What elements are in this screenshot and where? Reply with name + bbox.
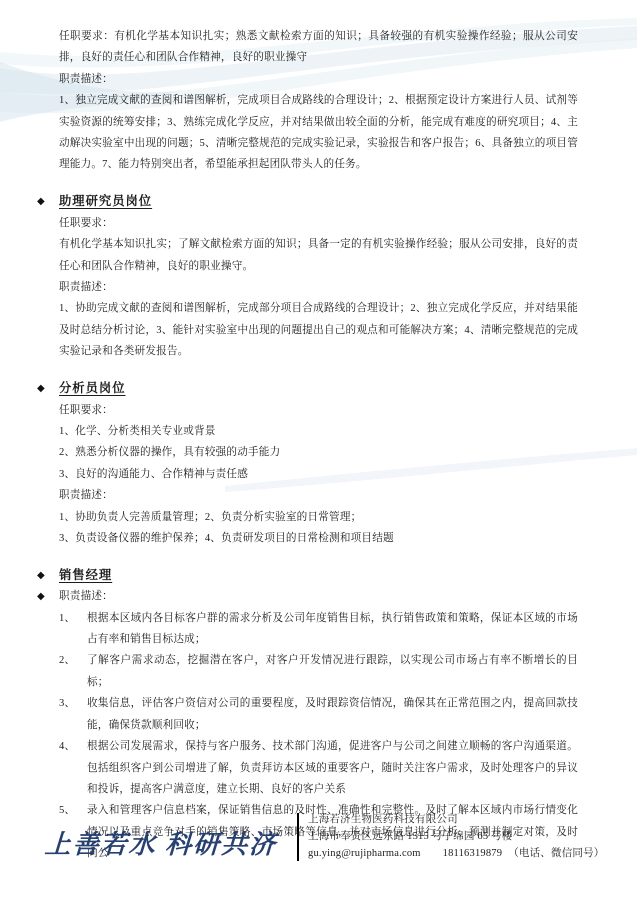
section-title: 销售经理 — [59, 565, 112, 586]
contact-line: gu.ying@rujipharma.com18116319879（电话、微信同… — [308, 846, 605, 863]
item-text: 收集信息，评估客户资信对公司的重要程度，及时跟踪资信情况，确保其在正常范围之内，… — [87, 693, 578, 736]
list-item: 1、 根据本区域内各目标客户群的需求分析及公司年度销售目标，执行销售政策和策略，… — [59, 608, 578, 651]
list-item: 1、协助负责人完善质量管理；2、负责分析实验室的日常管理； — [59, 507, 578, 528]
list-item: 2、熟悉分析仪器的操作，具有较强的动手能力 — [59, 442, 578, 463]
document-body: 任职要求：有机化学基本知识扎实；熟悉文献检索方面的知识；具备较强的有机实验操作经… — [0, 0, 637, 865]
section-assistant-researcher: ◆ 助理研究员岗位 任职要求： 有机化学基本知识扎实；了解文献检索方面的知识；具… — [59, 191, 578, 362]
intro-duties-label: 职责描述： — [59, 69, 578, 90]
duties-label: 职责描述： — [59, 586, 113, 607]
diamond-bullet-icon: ◆ — [37, 191, 59, 212]
item-number: 1、 — [59, 608, 87, 651]
list-item: 2、 了解客户需求动态，挖掘潜在客户，对客户开发情况进行跟踪，以实现公司市场占有… — [59, 650, 578, 693]
diamond-bullet-icon: ◆ — [37, 586, 59, 607]
company-slogan: 上善若水 科研共济 — [44, 814, 298, 861]
duties-text: 1、协助完成文献的查阅和谱图解析，完成部分项目合成路线的合理设计；2、独立完成化… — [59, 298, 578, 362]
company-email: gu.ying@rujipharma.com — [308, 848, 421, 859]
duties-label: 职责描述： — [59, 277, 578, 298]
intro-requirements: 任职要求：有机化学基本知识扎实；熟悉文献检索方面的知识；具备较强的有机实验操作经… — [59, 26, 578, 69]
diamond-bullet-icon: ◆ — [37, 565, 59, 586]
requirements-label: 任职要求： — [59, 400, 578, 421]
list-item: 1、化学、分析类相关专业或背景 — [59, 421, 578, 442]
intro-duties: 1、独立完成文献的查阅和谱图解析，完成项目合成路线的合理设计；2、根据预定设计方… — [59, 90, 578, 176]
section-analyst: ◆ 分析员岗位 任职要求： 1、化学、分析类相关专业或背景 2、熟悉分析仪器的操… — [59, 378, 578, 549]
section-heading: ◆ 分析员岗位 — [59, 378, 578, 399]
section-title: 分析员岗位 — [59, 378, 126, 399]
list-item: 3、良好的沟通能力、合作精神与责任感 — [59, 464, 578, 485]
section-heading: ◆ 销售经理 — [59, 565, 578, 586]
item-text: 根据公司发展需求，保持与客户服务、技术部门沟通，促进客户与公司之间建立顺畅的客户… — [87, 736, 578, 800]
company-info: 上海若济生物医药科技有限公司 上海市奉贤区远东路 1515 号子绵园 65 号楼… — [308, 812, 605, 862]
item-number: 3、 — [59, 693, 87, 736]
requirements-label: 任职要求： — [59, 213, 578, 234]
company-name: 上海若济生物医药科技有限公司 — [308, 812, 605, 829]
list-item: 4、 根据公司发展需求，保持与客户服务、技术部门沟通，促进客户与公司之间建立顺畅… — [59, 736, 578, 800]
phone-note: （电话、微信同号） — [508, 848, 604, 859]
duties-heading: ◆ 职责描述： — [59, 586, 578, 607]
requirements-text: 有机化学基本知识扎实；了解文献检索方面的知识；具备一定的有机实验操作经验；服从公… — [59, 234, 578, 277]
item-text: 了解客户需求动态，挖掘潜在客户，对客户开发情况进行跟踪，以实现公司市场占有率不断… — [87, 650, 578, 693]
company-phone: 18116319879 — [443, 848, 503, 859]
list-item: 3、负责设备仪器的维护保养；4、负责研发项目的日常检测和项目结题 — [59, 528, 578, 549]
item-number: 4、 — [59, 736, 87, 800]
duties-label: 职责描述： — [59, 485, 578, 506]
item-text: 根据本区域内各目标客户群的需求分析及公司年度销售目标，执行销售政策和策略，保证本… — [87, 608, 578, 651]
section-heading: ◆ 助理研究员岗位 — [59, 191, 578, 212]
list-item: 3、 收集信息，评估客户资信对公司的重要程度，及时跟踪资信情况，确保其在正常范围… — [59, 693, 578, 736]
page-footer: 上善若水 科研共济 上海若济生物医药科技有限公司 上海市奉贤区远东路 1515 … — [45, 812, 605, 862]
company-address: 上海市奉贤区远东路 1515 号子绵园 65 号楼 — [308, 829, 605, 846]
item-number: 2、 — [59, 650, 87, 693]
diamond-bullet-icon: ◆ — [37, 378, 59, 399]
section-title: 助理研究员岗位 — [59, 191, 152, 212]
document-page: { "page": { "bullet_glyph": "◆", "accent… — [0, 0, 637, 900]
